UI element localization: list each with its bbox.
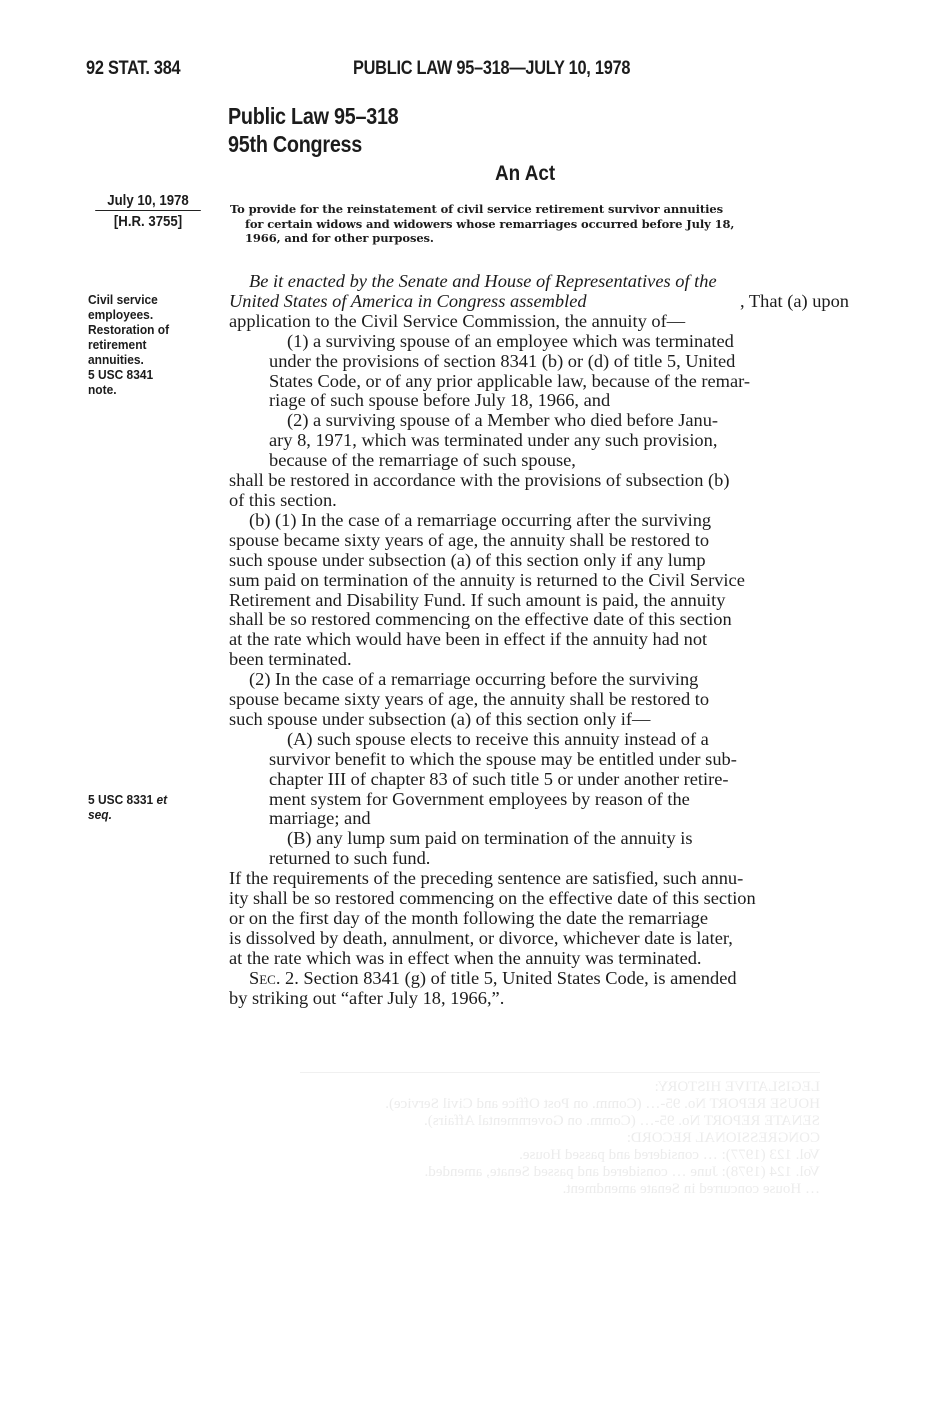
enacting-line-rest: , That (a) upon	[587, 292, 849, 312]
body-line: . 2. Section 8341 (g) of title 5, United…	[276, 969, 737, 989]
body-line: at the rate which was in effect when the…	[229, 949, 702, 969]
enacting-line: Be it enacted by the Senate and House of…	[249, 272, 717, 292]
body-line: shall be restored in accordance with the…	[229, 471, 730, 491]
body-line: by striking out “after July 18, 1966,”.	[229, 989, 504, 1009]
body-line: been terminated.	[229, 650, 352, 670]
enacting-line-italic: United States of America in Congress ass…	[229, 292, 587, 312]
public-law-number: Public Law 95–318	[228, 102, 398, 130]
body-line: is dissolved by death, annulment, or div…	[229, 929, 733, 949]
margin-note-line: 5 USC 8331	[88, 792, 153, 807]
body-line: riage of such spouse before July 18, 196…	[269, 391, 610, 411]
body-line: (1) a surviving spouse of an employee wh…	[287, 332, 734, 352]
margin-date-block: July 10, 1978 [H.R. 3755]	[88, 192, 208, 230]
margin-note-line: retirement	[88, 337, 169, 352]
margin-note-line: 5 USC 8341	[88, 367, 169, 382]
bleed-line: Vol. 124 (1978): June … considered and p…	[300, 1164, 820, 1181]
purpose-line: for certain widows and widowers whose re…	[230, 217, 848, 232]
body-line: spouse became sixty years of age, the an…	[229, 531, 709, 551]
margin-note-usc-8331: 5 USC 8331 et seq.	[88, 792, 167, 822]
purpose-line: To provide for the reinstatement of civi…	[230, 202, 848, 217]
body-line: of this section.	[229, 491, 337, 511]
bleed-through-text: LEGISLATIVE HISTORY: HOUSE REPORT No. 95…	[300, 1072, 820, 1198]
body-line: If the requirements of the preceding sen…	[229, 869, 743, 889]
body-line: such spouse under subsection (a) of this…	[229, 710, 650, 730]
body-line: (A) such spouse elects to receive this a…	[287, 730, 709, 750]
enacting-clause: Be it enacted by the Senate and House of…	[229, 272, 849, 1009]
margin-note-line: seq.	[88, 807, 167, 822]
body-line: Retirement and Disability Fund. If such …	[229, 591, 725, 611]
body-line: spouse became sixty years of age, the an…	[229, 690, 709, 710]
body-line: sum paid on termination of the annuity i…	[229, 571, 745, 591]
section-label: Sec	[249, 969, 276, 989]
bleed-heading: LEGISLATIVE HISTORY:	[300, 1079, 820, 1096]
section-2: Sec. 2. Section 8341 (g) of title 5, Uni…	[229, 969, 849, 989]
bleed-line: SENATE REPORT No. 95-… (Comm. on Governm…	[300, 1113, 820, 1130]
body-line: (b) (1) In the case of a remarriage occu…	[249, 511, 711, 531]
enactment-date: July 10, 1978	[95, 192, 201, 211]
margin-note-italic: et	[156, 792, 167, 807]
margin-note-line: Restoration of	[88, 322, 169, 337]
bleed-line: Vol. 123 (1977): … considered and passed…	[300, 1147, 820, 1164]
purpose-line: 1966, and for other purposes.	[230, 231, 848, 246]
body-line: ary 8, 1971, which was terminated under …	[269, 431, 717, 451]
margin-note-line: note.	[88, 382, 169, 397]
margin-note-line: annuities.	[88, 352, 169, 367]
body-line: survivor benefit to which the spouse may…	[269, 750, 737, 770]
title-block: Public Law 95–318 95th Congress	[228, 102, 398, 158]
body-line: marriage; and	[269, 809, 371, 829]
body-line: or on the first day of the month followi…	[229, 909, 708, 929]
margin-note-line: Civil service	[88, 292, 169, 307]
body-line: (2) a surviving spouse of a Member who d…	[287, 411, 718, 431]
body-line: chapter III of chapter 83 of such title …	[269, 770, 729, 790]
body-line: ment system for Government employees by …	[269, 790, 690, 810]
enacting-line: application to the Civil Service Commiss…	[229, 312, 685, 332]
act-purpose: To provide for the reinstatement of civi…	[230, 202, 848, 246]
body-line: States Code, or of any prior applicable …	[269, 372, 750, 392]
body-line: such spouse under subsection (a) of this…	[229, 551, 706, 571]
body-line: (2) In the case of a remarriage occurrin…	[249, 670, 698, 690]
bill-number: [H.R. 3755]	[95, 213, 201, 230]
body-line: (B) any lump sum paid on termination of …	[287, 829, 693, 849]
body-line: because of the remarriage of such spouse…	[269, 451, 576, 471]
body-line: shall be so restored commencing on the e…	[229, 610, 732, 630]
body-line: under the provisions of section 8341 (b)…	[269, 352, 735, 372]
margin-note-restoration: Civil service employees. Restoration of …	[88, 292, 169, 397]
body-line: returned to such fund.	[269, 849, 430, 869]
bleed-line: CONGRESSIONAL RECORD:	[300, 1130, 820, 1147]
stat-page-reference: 92 STAT. 384	[86, 58, 180, 80]
bleed-line: HOUSE REPORT No. 95-… (Comm. on Post Off…	[300, 1096, 820, 1113]
running-title: PUBLIC LAW 95–318—JULY 10, 1978	[353, 58, 630, 80]
congress-number: 95th Congress	[228, 130, 398, 158]
margin-note-line: employees.	[88, 307, 169, 322]
bleed-line: … House concurred in Senate amendment.	[300, 1181, 820, 1198]
act-heading: An Act	[495, 162, 555, 186]
body-line: at the rate which would have been in eff…	[229, 630, 707, 650]
body-line: ity shall be so restored commencing on t…	[229, 889, 756, 909]
